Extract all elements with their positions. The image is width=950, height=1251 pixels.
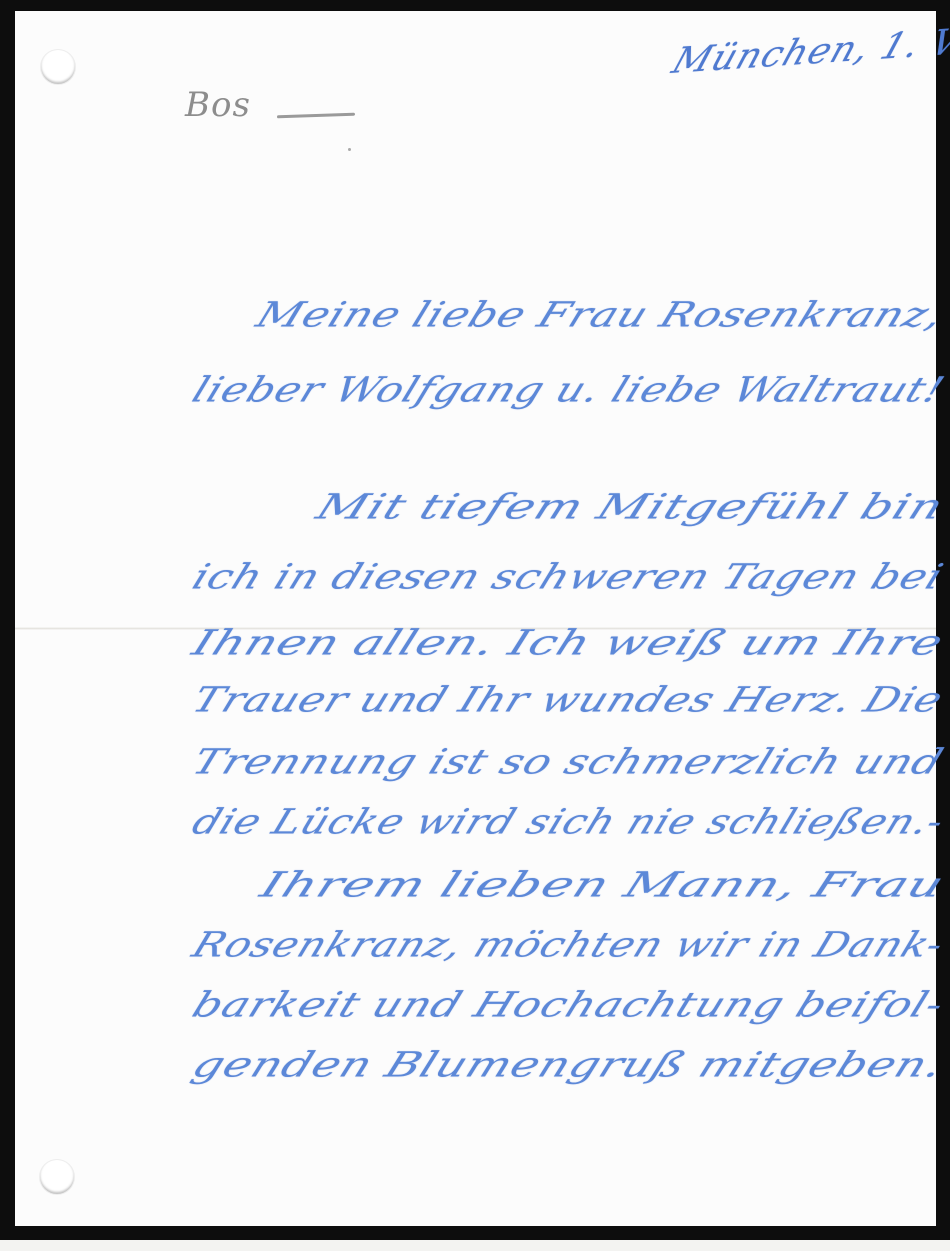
body-line: Ihnen allen. Ich weiß um Ihre: [187, 622, 949, 663]
pencil-annotation: Bos: [185, 85, 251, 125]
salutation-line: lieber Wolfgang u. liebe Waltraut!: [187, 369, 950, 410]
body-line: barkeit und Hochachtung beifol-: [187, 984, 950, 1025]
black-scan-border: Bos München, 1. VII. 55 Meine liebe Frau…: [0, 0, 950, 1240]
body-line: ich in diesen schweren Tagen bei: [187, 556, 949, 597]
body-line: Ihrem lieben Mann, Frau: [255, 864, 950, 905]
salutation-line: Meine liebe Frau Rosenkranz,: [251, 294, 950, 335]
scanned-page: Bos München, 1. VII. 55 Meine liebe Frau…: [0, 0, 950, 1251]
punch-hole-icon: [40, 1160, 74, 1194]
body-line: Trauer und Ihr wundes Herz. Die: [187, 679, 949, 720]
body-line: die Lücke wird sich nie schließen.-: [187, 801, 950, 842]
letter-date: München, 1. VII. 55: [667, 14, 950, 82]
pencil-dot-mark: [348, 148, 351, 151]
punch-hole-icon: [41, 50, 75, 84]
body-line: Trennung ist so schmerzlich und: [187, 741, 949, 782]
letter-paper: Bos München, 1. VII. 55 Meine liebe Frau…: [15, 11, 936, 1226]
body-line: Rosenkranz, möchten wir in Dank-: [187, 924, 950, 965]
body-line: Mit tiefem Mitgefühl bin: [311, 486, 950, 527]
pencil-dash-mark: [277, 113, 355, 119]
body-line: genden Blumengruß mitgeben.: [187, 1044, 950, 1085]
